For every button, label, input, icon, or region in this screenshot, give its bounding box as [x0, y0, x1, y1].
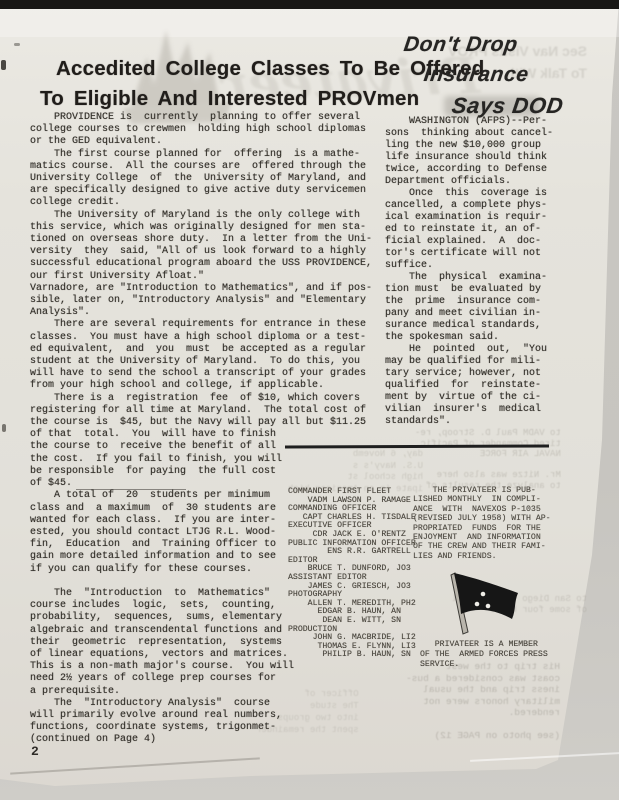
privateer-flag-icon [444, 568, 526, 640]
scan-speck [14, 43, 20, 46]
bleedthrough-right-mid: to VADM Paul D. Stroop, re- tired Comman… [415, 428, 561, 491]
bleedthrough-bottom-right: His trip to the west coast was considere… [406, 661, 560, 742]
scan-speck [1, 60, 6, 70]
left-article-headline-line1: Accedited College Classes To Be Offered [56, 57, 484, 81]
right-article-body: WASHINGTON (AFPS)--Per- sons thinking ab… [385, 116, 553, 428]
scanned-newsletter-page: Privateer Sec Nav Visits PROV To Talk Wi… [0, 0, 619, 800]
membership-notice: PRIVATEER IS A MEMBER OF THE ARMED FORCE… [420, 640, 548, 670]
cost-underline [76, 489, 186, 490]
scan-top-border [0, 0, 619, 9]
publication-notice: THE PRIVATEER IS PUB- LISHED MONTHLY IN … [413, 486, 551, 561]
page-number: 2 [31, 744, 39, 759]
right-article-headline-line2: Insurance [422, 63, 530, 87]
right-article-headline-line1: Don't Drop [402, 33, 519, 57]
scan-speck [2, 424, 6, 432]
left-article-headline-line2: To Eligible And Interested PROVmen [40, 87, 419, 111]
staff-masthead: COMMANDER FIRST FLEET VADM LAWSON P. RAM… [288, 488, 416, 660]
